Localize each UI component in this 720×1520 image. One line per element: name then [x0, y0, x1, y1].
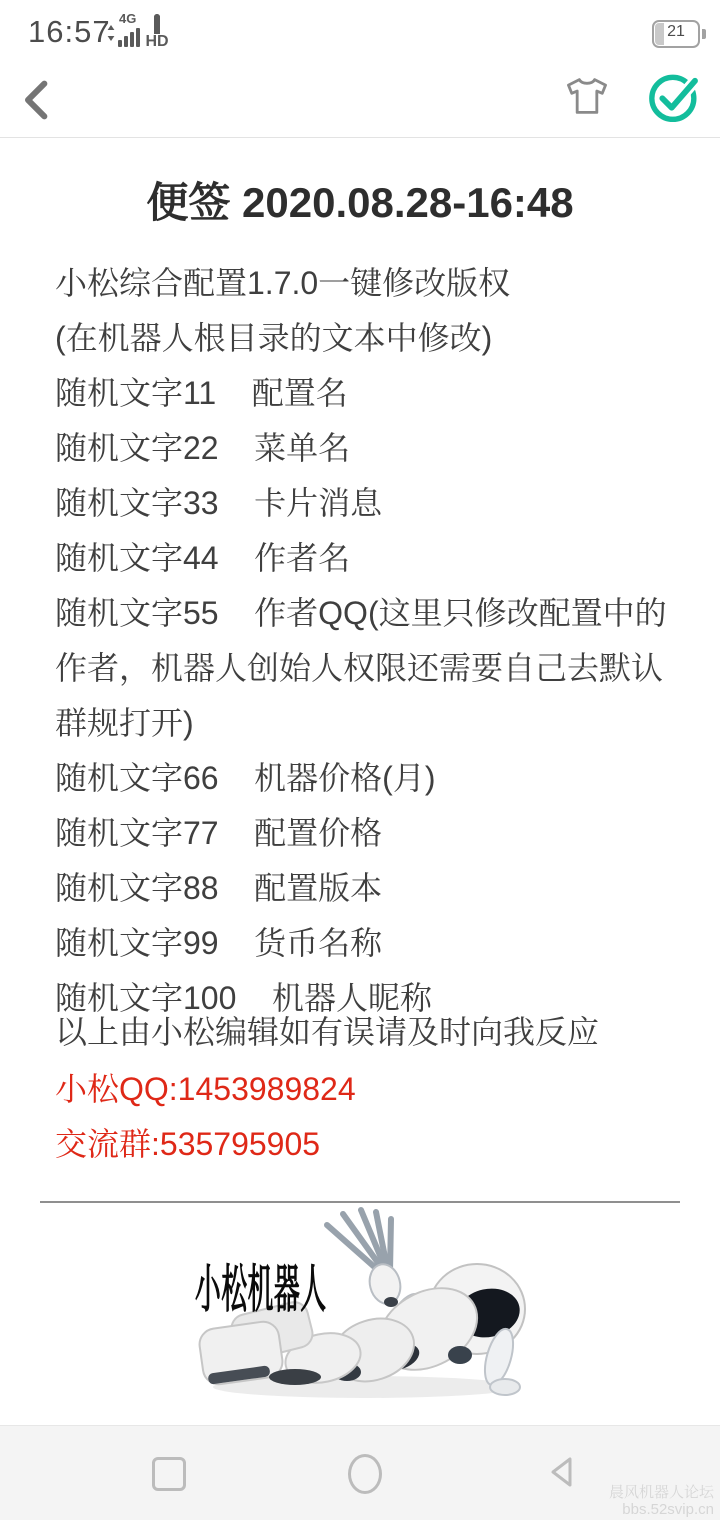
robot-caption-text: 小松机器人 [195, 1249, 327, 1323]
contact-group-line: 交流群:535795905 [55, 1117, 680, 1172]
battery-nub [702, 29, 706, 39]
robot-illustration: 小松机器人 [175, 1205, 545, 1405]
note-divider [40, 1201, 680, 1203]
note-line: 随机文字11 配置名 [55, 366, 680, 421]
watermark-line1: 晨风机器人论坛 [609, 1484, 714, 1501]
note-line: 随机文字66 机器价格(月) [55, 751, 680, 806]
note-line: (在机器人根目录的文本中修改) [55, 311, 680, 366]
note-line: 随机文字55 作者QQ(这里只修改配置中的作者，机器人创始人权限还需要自己去默认… [55, 586, 680, 751]
signal-strength-icon [118, 27, 144, 47]
note-toolbar [0, 62, 720, 138]
contact-qq-line: 小松QQ:1453989824 [55, 1062, 680, 1117]
volte-hd-icon: HD [142, 17, 172, 51]
watermark-line2: bbs.52svip.cn [609, 1501, 714, 1518]
note-title: 便签 2020.08.28-16:48 [0, 170, 720, 230]
data-transfer-arrows-icon [106, 24, 116, 47]
back-button[interactable] [16, 76, 64, 124]
note-content[interactable]: 小松综合配置1.7.0一键修改版权 (在机器人根目录的文本中修改) 随机文字11… [55, 256, 680, 1203]
recent-apps-button[interactable] [152, 1457, 186, 1491]
note-line: 随机文字22 菜单名 [55, 421, 680, 476]
note-line: 随机文字33 卡片消息 [55, 476, 680, 531]
note-line: 随机文字77 配置价格 [55, 806, 680, 861]
confirm-check-button[interactable] [646, 68, 700, 122]
note-line: 随机文字99 货币名称 [55, 916, 680, 971]
note-line: 以上由小松编辑如有误请及时向我反应 [55, 1014, 680, 1050]
note-line: 小松综合配置1.7.0一键修改版权 [55, 256, 680, 311]
note-line: 随机文字44 作者名 [55, 531, 680, 586]
clock-text: 16:57 [28, 14, 111, 50]
home-button[interactable] [348, 1454, 382, 1494]
volte-hd-label: HD [142, 33, 172, 51]
network-type-label: 4G [119, 11, 136, 26]
battery-percent-text: 21 [654, 23, 698, 41]
note-line: 随机文字88 配置版本 [55, 861, 680, 916]
status-bar: 16:57 4G HD 21 [0, 0, 720, 62]
theme-tshirt-button[interactable] [563, 72, 611, 120]
battery-icon: 21 [652, 20, 700, 48]
nav-back-button[interactable] [546, 1454, 582, 1490]
forum-watermark: 晨风机器人论坛 bbs.52svip.cn [609, 1484, 714, 1518]
